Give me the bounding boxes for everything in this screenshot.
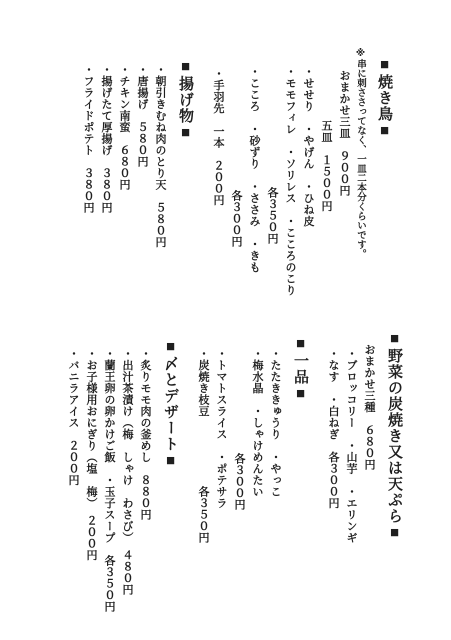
- item-vanilla-ice: ・バニラアイス ２００円: [64, 328, 82, 623]
- item-fried-potato: ・フライドポテト ３８０円: [79, 46, 97, 286]
- item-cuts-momofillet-sorires-kokoronokori: ・モモフィレ ・ソリレス ・こころのこり: [281, 46, 299, 286]
- section-shime-dessert-header: ■〆とデザート■: [158, 328, 182, 623]
- section-yasai-header: ■野菜の炭焼き又は天ぷら■: [382, 328, 406, 623]
- item-yasai-nasu-shironegi: ・なす ・白ねぎ 各３００円: [324, 328, 342, 623]
- section-yakitori-header: ■焼き鳥■: [372, 46, 396, 286]
- price-yakitori-cuts-350: 各３５０円: [263, 46, 281, 286]
- item-tebasaki: ・手羽先 一本 ２００円: [209, 46, 227, 286]
- item-cuts-kokoro-sunazuri-sasami-kimo: ・こころ ・砂ずり ・ささみ ・きも: [245, 46, 263, 286]
- section-ippin-header: ■一品■: [288, 328, 312, 623]
- item-yasai-broccoli-yamaimo-eringi: ・ブロッコリー ・山芋 ・エリンギ: [342, 328, 360, 623]
- item-cuts-seseri-yagen-hinekawa: ・せせり ・やげん ・ひね皮: [299, 46, 317, 286]
- menu-top-block: ■焼き鳥■ ※串に刺ささってなく、一皿二本分くらいです。 おまかせ三皿 ９００円…: [79, 46, 400, 286]
- item-omakase-five-plates: 五皿 １５００円: [317, 46, 335, 286]
- price-ippin-300: 各３００円: [230, 328, 248, 623]
- item-yasai-omakase-three: おまかせ三種 ６８０円: [360, 328, 378, 623]
- item-kids-onigiri: ・お子様用おにぎり（塩 梅） ２００円: [82, 328, 100, 623]
- price-yakitori-cuts-300: 各３００円: [227, 46, 245, 286]
- item-sumiyaki-edamame: ・炭焼き枝豆 各３５０円: [194, 328, 212, 623]
- item-aburi-momo-kamameshi: ・炙りモモ肉の釜めし ８８０円: [136, 328, 154, 623]
- yakitori-note: ※串に刺ささってなく、一皿二本分くらいです。: [353, 46, 368, 286]
- item-karaage: ・唐揚げ ５８０円: [133, 46, 151, 286]
- item-tataki-kyuri-yakko: ・たたききゅうり ・やっこ: [266, 328, 284, 623]
- item-atsuage: ・揚げたて厚揚げ ３８０円: [97, 46, 115, 286]
- item-tkg-tamago-soup: ・蘭王卵の卵かけご飯 ・玉子スープ 各３５０円: [100, 328, 118, 623]
- item-omakase-three-plates: おまかせ三皿 ９００円: [335, 46, 353, 286]
- item-dashi-chazuke: ・出汁茶漬け（梅 しゃけ わさび） ４８０円: [118, 328, 136, 623]
- menu-bottom-block: ■野菜の炭焼き又は天ぷら■ おまかせ三種 ６８０円 ・ブロッコリー ・山芋 ・エ…: [64, 328, 410, 623]
- item-tomato-slice-potesara: ・トマトスライス ・ポテサラ: [212, 328, 230, 623]
- item-toriten: ・朝引きむね肉のとり天 ５８０円: [151, 46, 169, 286]
- menu-page: ■焼き鳥■ ※串に刺ささってなく、一皿二本分くらいです。 おまかせ三皿 ９００円…: [0, 0, 451, 640]
- item-chicken-nanban: ・チキン南蛮 ６８０円: [115, 46, 133, 286]
- section-agemono-header: ■揚げ物■: [173, 46, 197, 286]
- item-umesuisho-shakementai: ・梅水晶 ・しゃけめんたい: [248, 328, 266, 623]
